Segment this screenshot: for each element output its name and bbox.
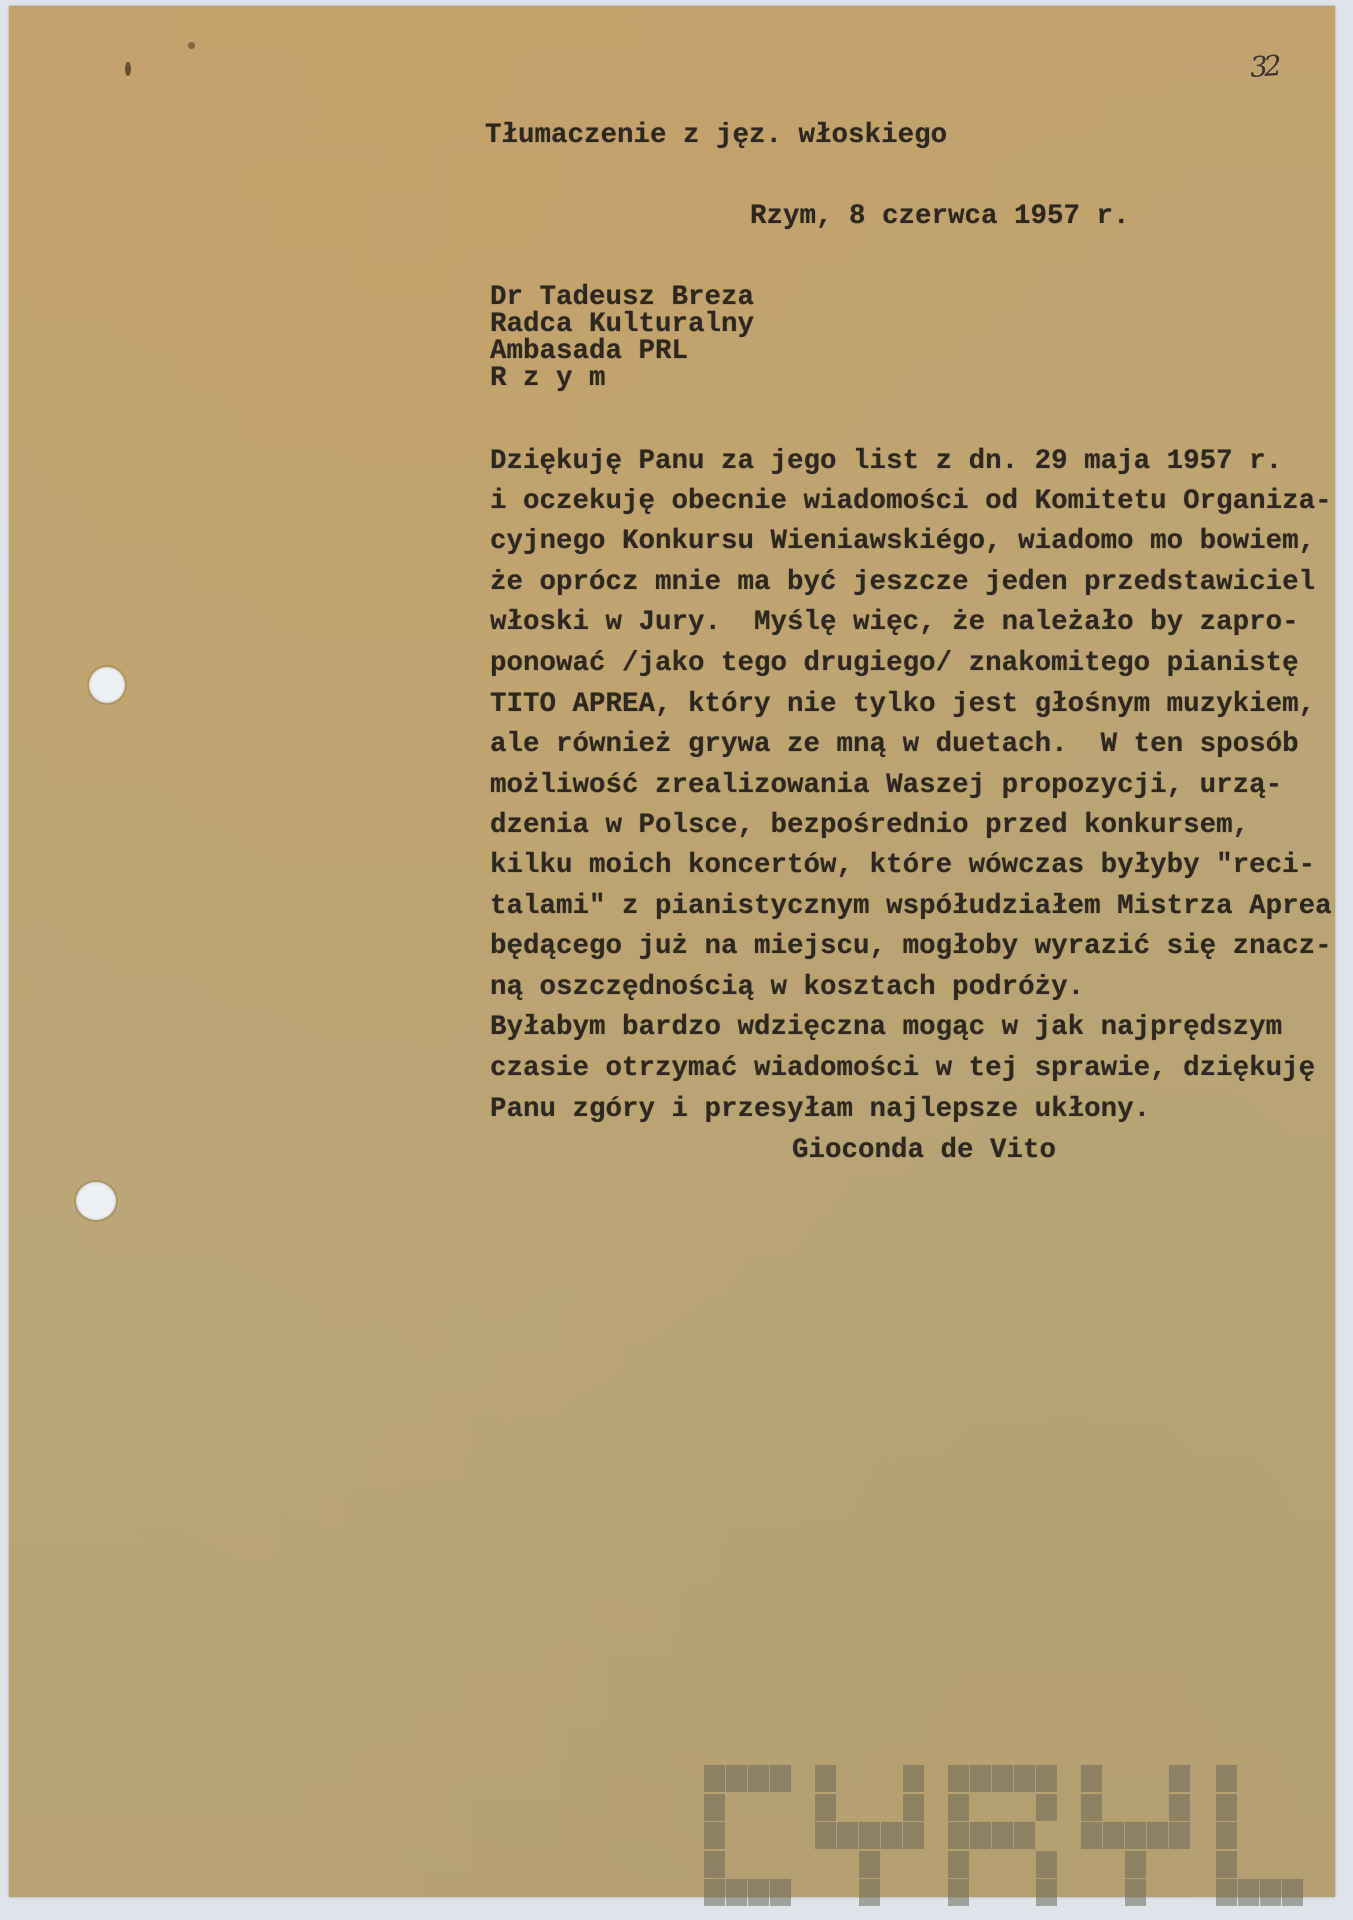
page-number: 32 xyxy=(1249,49,1279,84)
body-line: czasie otrzymać wiadomości w tej sprawie… xyxy=(490,1054,1315,1084)
body-line: kilku moich koncertów, które wówczas był… xyxy=(490,851,1315,881)
watermark-cell xyxy=(704,1765,725,1792)
punch-hole-top xyxy=(89,667,125,703)
watermark-cell xyxy=(948,1879,969,1906)
body-line: możliwość zrealizowania Waszej propozycj… xyxy=(490,771,1282,801)
watermark-cell xyxy=(1036,1794,1057,1821)
body-line: włoski w Jury. Myślę więc, że należało b… xyxy=(490,608,1299,638)
body-line: ną oszczędnością w kosztach podróży. xyxy=(490,973,1084,1003)
watermark-cell xyxy=(948,1851,969,1878)
watermark-cell xyxy=(903,1765,924,1792)
body-line: dzenia w Polsce, bezpośrednio przed konk… xyxy=(490,811,1249,841)
watermark-cell xyxy=(1081,1765,1102,1792)
watermark-cell xyxy=(859,1822,880,1849)
watermark-cell xyxy=(1169,1765,1190,1792)
watermark-cell xyxy=(1081,1822,1102,1849)
body-line: cyjnego Konkursu Wieniawskiégo, wiadomo … xyxy=(490,527,1315,557)
watermark-cell xyxy=(1036,1851,1057,1878)
body-line: że oprócz mnie ma być jeszcze jeden prze… xyxy=(490,568,1315,598)
watermark-cell xyxy=(1169,1822,1190,1849)
body-line: TITO APREA, który nie tylko jest głośnym… xyxy=(490,690,1315,720)
watermark-cell xyxy=(1125,1822,1146,1849)
watermark-cell xyxy=(1216,1765,1237,1792)
watermark-cell xyxy=(1216,1822,1237,1849)
watermark-cell xyxy=(970,1765,991,1792)
watermark-cell xyxy=(1081,1794,1102,1821)
watermark-cell xyxy=(726,1879,747,1906)
watermark-cell xyxy=(815,1822,836,1849)
watermark-cell xyxy=(1125,1879,1146,1906)
ink-spot xyxy=(125,62,131,76)
watermark-cell xyxy=(815,1794,836,1821)
watermark-cell xyxy=(948,1822,969,1849)
body-line: Dziękuję Panu za jego list z dn. 29 maja… xyxy=(490,447,1282,477)
watermark-cell xyxy=(748,1879,769,1906)
watermark-cell xyxy=(770,1765,791,1792)
body-line: ale również grywa ze mną w duetach. W te… xyxy=(490,730,1299,760)
watermark-cell xyxy=(704,1879,725,1906)
watermark-cell xyxy=(948,1765,969,1792)
document-header: Tłumaczenie z jęz. włoskiego xyxy=(485,121,947,151)
watermark-cell xyxy=(948,1794,969,1821)
watermark-cell xyxy=(859,1879,880,1906)
date-line: Rzym, 8 czerwca 1957 r. xyxy=(750,202,1130,232)
watermark-cell xyxy=(903,1794,924,1821)
watermark-cell xyxy=(992,1765,1013,1792)
punch-hole-bottom xyxy=(76,1182,116,1220)
watermark-cell xyxy=(837,1822,858,1849)
watermark-cell xyxy=(1260,1879,1281,1906)
body-line: będącego już na miejscu, mogłoby wyrazić… xyxy=(490,932,1332,962)
watermark-cell xyxy=(1125,1851,1146,1878)
watermark-cell xyxy=(1014,1822,1035,1849)
watermark-cell xyxy=(1147,1822,1168,1849)
watermark-cell xyxy=(1014,1765,1035,1792)
watermark-cell xyxy=(970,1822,991,1849)
watermark-cell xyxy=(903,1822,924,1849)
body-line: i oczekuję obecnie wiadomości od Komitet… xyxy=(490,487,1332,517)
watermark-cell xyxy=(992,1822,1013,1849)
watermark-cell xyxy=(704,1851,725,1878)
watermark-cell xyxy=(881,1822,902,1849)
watermark-cell xyxy=(1169,1794,1190,1821)
watermark-cell xyxy=(1103,1822,1124,1849)
watermark-cell xyxy=(859,1851,880,1878)
watermark-cell xyxy=(726,1765,747,1792)
watermark-cell xyxy=(748,1765,769,1792)
recipient-line: R z y m xyxy=(490,364,606,394)
watermark-cell xyxy=(815,1765,836,1792)
body-line: Byłabym bardzo wdzięczna mogąc w jak naj… xyxy=(490,1013,1282,1043)
watermark-cell xyxy=(1216,1794,1237,1821)
watermark-cell xyxy=(1238,1879,1259,1906)
watermark-cell xyxy=(1036,1879,1057,1906)
ink-spot xyxy=(188,42,195,49)
body-line: Panu zgóry i przesyłam najlepsze ukłony. xyxy=(490,1095,1150,1125)
watermark-cell xyxy=(704,1822,725,1849)
watermark-cell xyxy=(1216,1879,1237,1906)
watermark-cell xyxy=(1216,1851,1237,1878)
body-line: talami" z pianistycznym współudziałem Mi… xyxy=(490,892,1332,922)
watermark-cell xyxy=(770,1879,791,1906)
signature: Gioconda de Vito xyxy=(792,1136,1056,1166)
watermark-cell xyxy=(704,1794,725,1821)
body-line: ponować /jako tego drugiego/ znakomitego… xyxy=(490,649,1299,679)
watermark-cell xyxy=(1036,1765,1057,1792)
watermark-cell xyxy=(1282,1879,1303,1906)
